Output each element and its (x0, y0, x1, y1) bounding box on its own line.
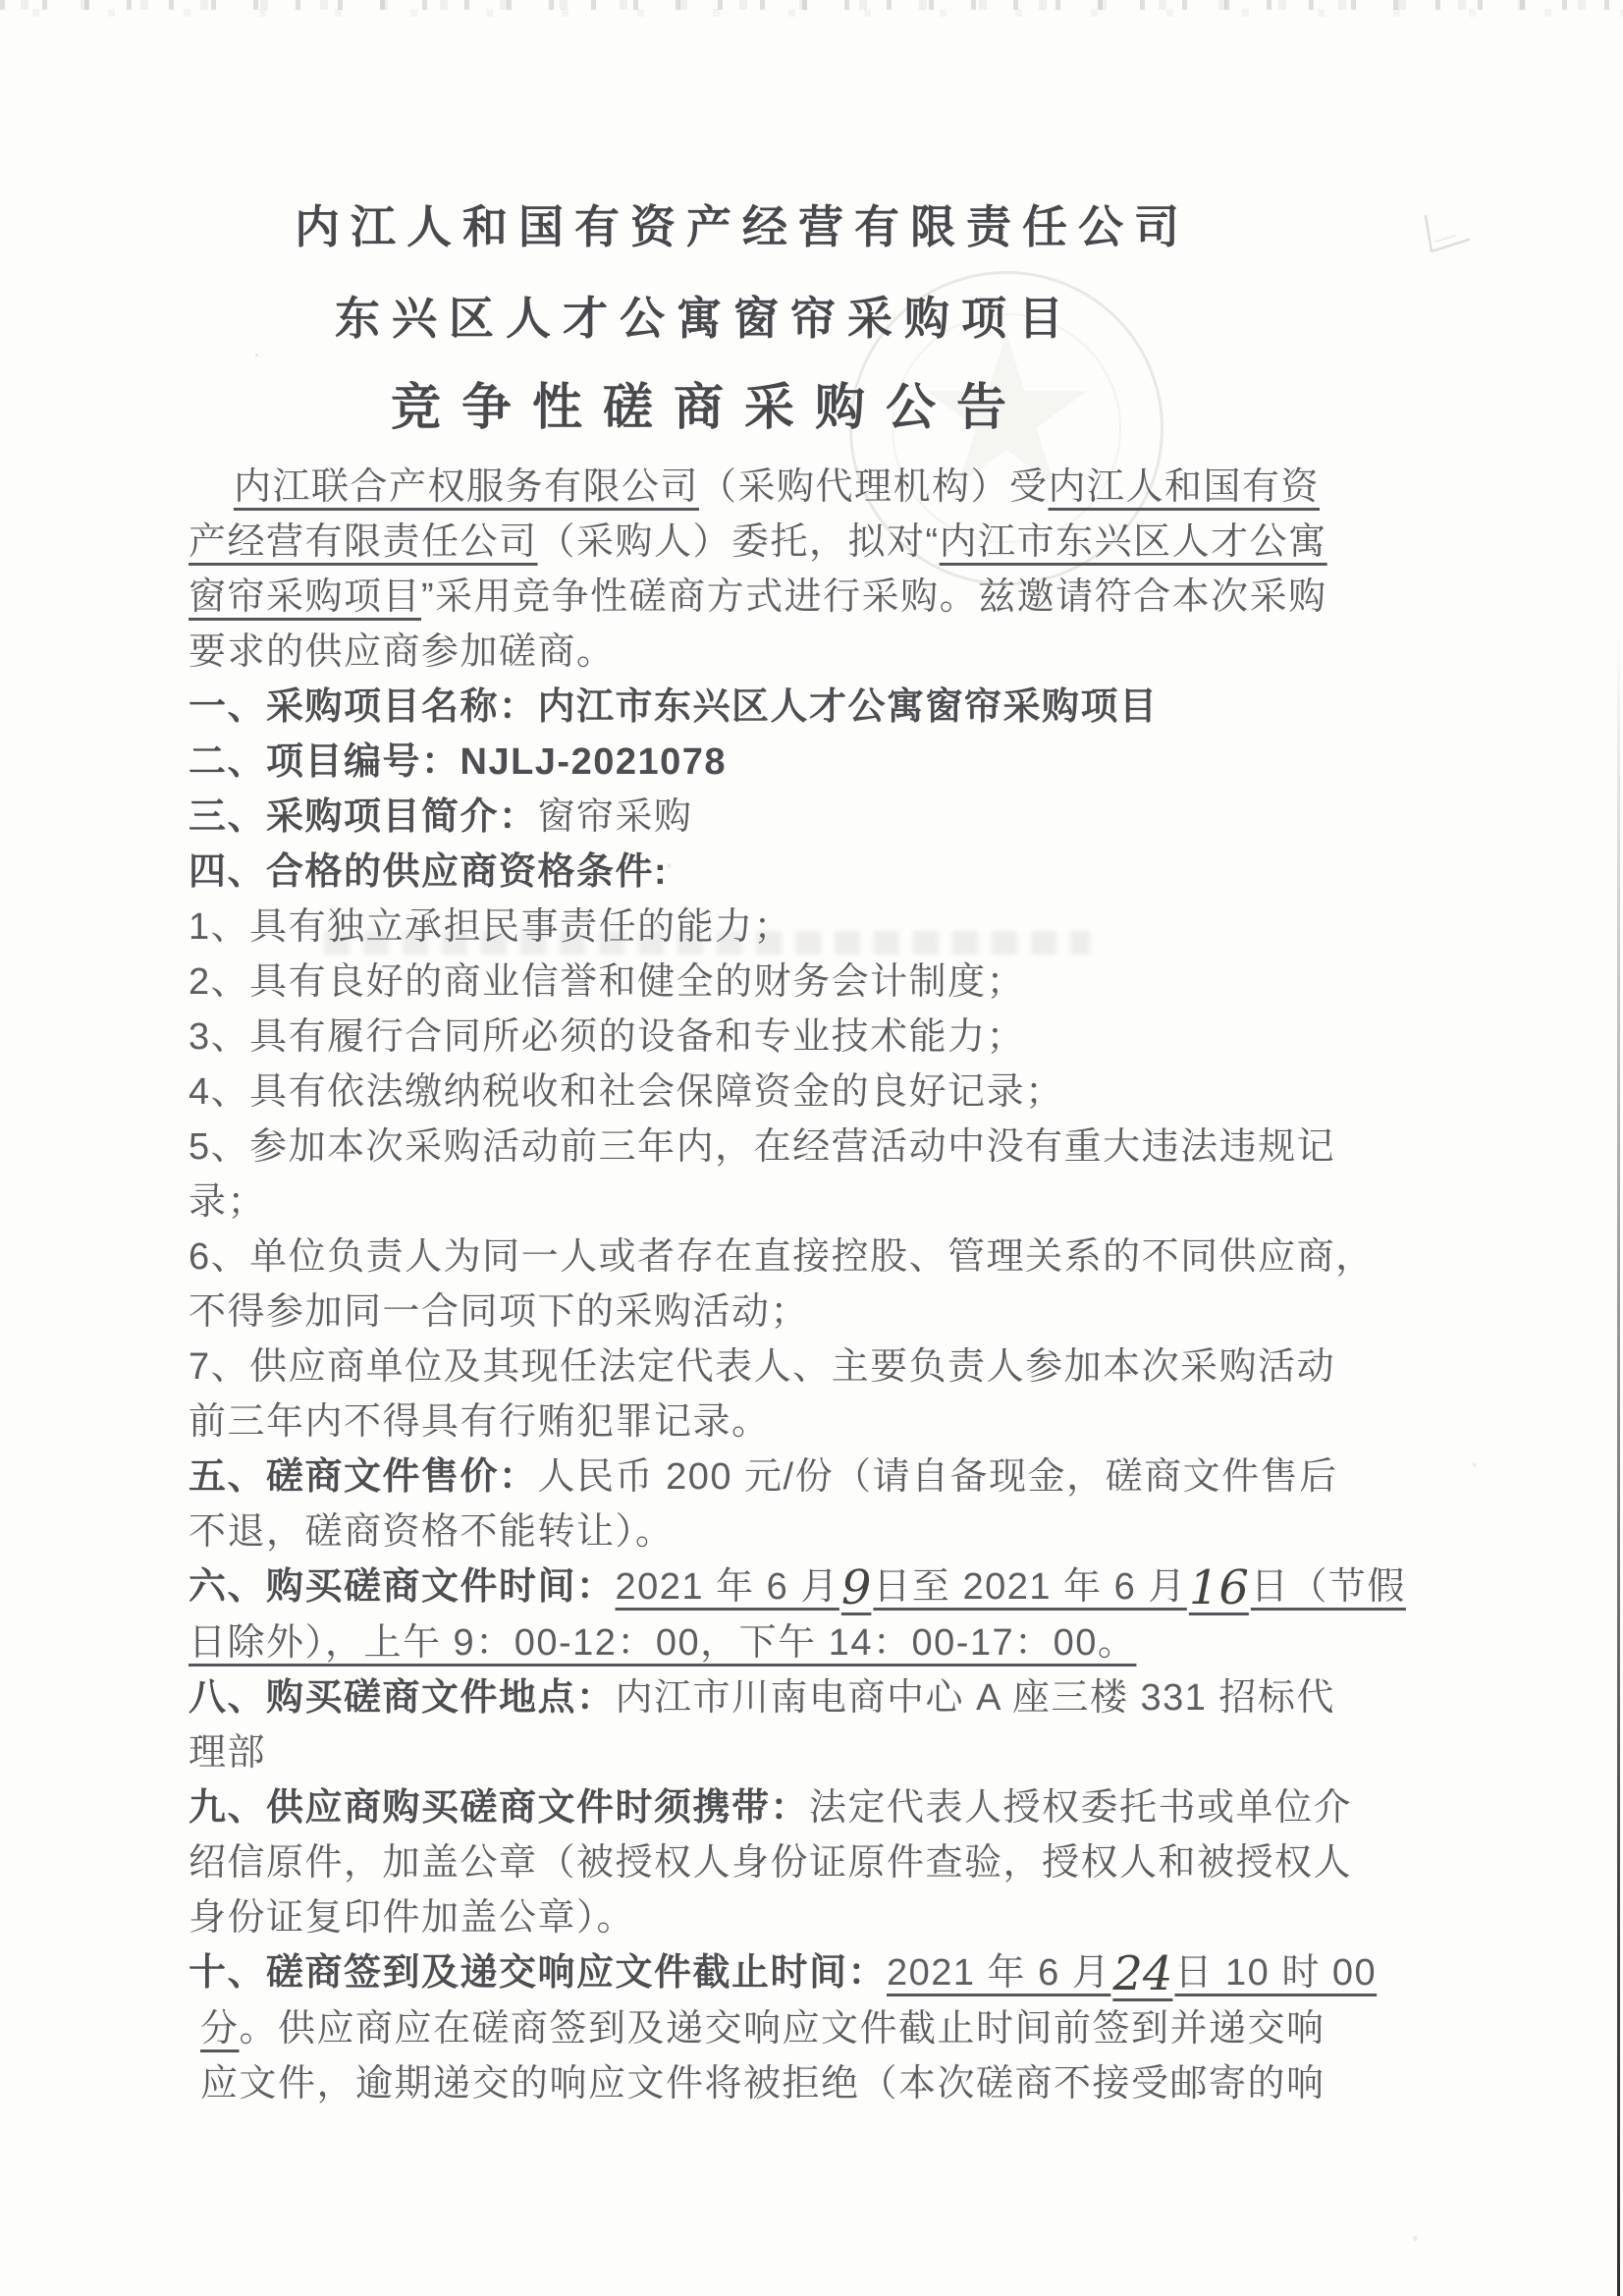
text-segment: 日 10 时 00 (1174, 1952, 1377, 1994)
text-segment: 7、供应商单位及其现任法定代表人、主要负责人参加本次采购活动 (189, 1346, 1335, 1388)
doc-line: 产经营有限责任公司（采购人）委托，拟对“内江市东兴区人才公寓 (189, 515, 1398, 570)
text-segment: 内江市东兴区人才公寓 (940, 521, 1327, 563)
text-segment: 理部 (189, 1732, 266, 1774)
doc-line: 前三年内不得具有行贿犯罪记录。 (189, 1394, 1398, 1449)
text-segment: 2、具有良好的商业信誉和健全的财务会计制度； (189, 961, 1025, 1003)
doc-line: 不退，磋商资格不能转让）。 (189, 1504, 1398, 1559)
doc-line: 1、具有独立承担民事责任的能力； (189, 900, 1398, 955)
heading-segment: 九、供应商购买磋商文件时须携带： (189, 1787, 809, 1829)
text-segment: ”采用竞争性磋商方式进行采购。兹邀请符合本次采购 (421, 576, 1327, 618)
text-segment: 。供应商应在磋商签到及递交响应文件截止时间前签到并递交响 (240, 2008, 1325, 2050)
text-segment: 窗帘采购项目 (189, 576, 421, 618)
text-segment: 5、参加本次采购活动前三年内，在经营活动中没有重大违法违规记 (189, 1126, 1335, 1168)
text-segment: 日除外），上午 9：00-12：00，下午 14：00-17：00。 (189, 1622, 1136, 1664)
scanned-document-page: 内江人和国有资产经营有限责任公司 东兴区人才公寓窗帘采购项目 竞争性磋商采购公告… (0, 0, 1623, 2296)
document-title-line-2: 东兴区人才公寓窗帘采购项目 (100, 287, 1310, 350)
text-segment: 1、具有独立承担民事责任的能力； (189, 906, 792, 948)
heading-segment: 二、项目编号：NJLJ-2021078 (189, 741, 727, 783)
heading-segment: 六、购买磋商文件时间： (189, 1566, 616, 1608)
doc-line: 4、具有依法缴纳税收和社会保障资金的良好记录； (189, 1065, 1398, 1120)
text-segment: 3、具有履行合同所必须的设备和专业技术能力； (189, 1016, 1025, 1058)
text-segment: （采购代理机构）受 (699, 466, 1049, 508)
document-body: 内江联合产权服务有限公司（采购代理机构）受内江人和国有资产经营有限责任公司（采购… (189, 460, 1398, 2111)
heading-segment: 一、采购项目名称：内江市东兴区人才公寓窗帘采购项目 (189, 686, 1159, 728)
text-segment: 绍信原件，加盖公章（被授权人身份证原件查验，授权人和被授权人 (189, 1842, 1352, 1884)
doc-line: 分。供应商应在磋商签到及递交响应文件截止时间前签到并递交响 (189, 2001, 1398, 2056)
text-segment: 要求的供应商参加磋商。 (189, 631, 616, 673)
doc-line: 2、具有良好的商业信誉和健全的财务会计制度； (189, 955, 1398, 1010)
text-segment: 产经营有限责任公司 (189, 521, 538, 563)
text-segment: 日至 2021 年 6 月 (873, 1566, 1186, 1608)
text-segment: 前三年内不得具有行贿犯罪记录。 (189, 1401, 771, 1443)
text-segment: 内江市川南电商中心 A 座三楼 331 招标代 (616, 1677, 1335, 1719)
text-segment: 不退，磋商资格不能转让）。 (189, 1511, 675, 1553)
text-segment: 日（节假 (1251, 1566, 1406, 1608)
doc-line: 二、项目编号：NJLJ-2021078 (189, 735, 1398, 790)
handwritten-date-digit: 9 (839, 1560, 874, 1615)
text-segment: 6、单位负责人为同一人或者存在直接控股、管理关系的不同供应商， (189, 1236, 1375, 1278)
doc-line: 内江联合产权服务有限公司（采购代理机构）受内江人和国有资 (189, 460, 1398, 515)
doc-line: 要求的供应商参加磋商。 (189, 625, 1398, 680)
text-segment: 分 (200, 2008, 240, 2050)
text-segment: 不得参加同一合同项下的采购活动； (189, 1291, 809, 1333)
text-segment: 身份证复印件加盖公章）。 (189, 1897, 635, 1939)
text-segment: 2021 年 6 月 (616, 1566, 839, 1608)
text-segment: 4、具有依法缴纳税收和社会保障资金的良好记录； (189, 1071, 1064, 1113)
doc-line: 五、磋商文件售价：人民币 200 元/份（请自备现金，磋商文件售后 (189, 1449, 1398, 1504)
heading-segment: 五、磋商文件售价： (189, 1456, 538, 1498)
doc-line: 六、购买磋商文件时间：2021 年 6 月9日至 2021 年 6 月16日（节… (189, 1559, 1398, 1615)
text-segment: 2021 年 6 月 (887, 1952, 1110, 1994)
doc-line: 身份证复印件加盖公章）。 (189, 1890, 1398, 1945)
doc-line: 6、单位负责人为同一人或者存在直接控股、管理关系的不同供应商， (189, 1230, 1398, 1285)
scanner-noise-strip-2 (0, 9, 1623, 17)
doc-line: 5、参加本次采购活动前三年内，在经营活动中没有重大违法违规记 (189, 1120, 1398, 1175)
text-segment: （采购人）委托，拟对“ (538, 521, 940, 563)
doc-line: 3、具有履行合同所必须的设备和专业技术能力； (189, 1010, 1398, 1065)
text-segment: 应文件，逾期递交的响应文件将被拒绝（本次磋商不接受邮寄的响 (200, 2063, 1325, 2105)
doc-line: 不得参加同一合同项下的采购活动； (189, 1285, 1398, 1339)
doc-line: 九、供应商购买磋商文件时须携带：法定代表人授权委托书或单位介 (189, 1780, 1398, 1835)
handwritten-date-digit: 24 (1110, 1946, 1174, 2001)
doc-line: 窗帘采购项目”采用竞争性磋商方式进行采购。兹邀请符合本次采购 (189, 570, 1398, 625)
document-title-line-1: 内江人和国有资产经营有限责任公司 (137, 192, 1347, 261)
document-content: 内江人和国有资产经营有限责任公司 东兴区人才公寓窗帘采购项目 竞争性磋商采购公告… (189, 192, 1398, 2111)
heading-segment: 三、采购项目简介： (189, 796, 538, 838)
doc-line: 应文件，逾期递交的响应文件将被拒绝（本次磋商不接受邮寄的响 (189, 2056, 1398, 2111)
doc-line: 7、供应商单位及其现任法定代表人、主要负责人参加本次采购活动 (189, 1339, 1398, 1394)
doc-line: 理部 (189, 1725, 1398, 1780)
handwritten-date-digit: 16 (1187, 1560, 1251, 1615)
doc-line: 一、采购项目名称：内江市东兴区人才公寓窗帘采购项目 (189, 680, 1398, 735)
text-segment: 人民币 200 元/份（请自备现金，磋商文件售后 (538, 1456, 1338, 1498)
doc-line: 绍信原件，加盖公章（被授权人身份证原件查验，授权人和被授权人 (189, 1835, 1398, 1890)
text-segment: 内江人和国有资 (1049, 466, 1321, 508)
heading-segment: 八、购买磋商文件地点： (189, 1677, 616, 1719)
doc-line: 三、采购项目简介：窗帘采购 (189, 790, 1398, 845)
pencil-check-mark-icon (1412, 208, 1490, 271)
doc-line: 十、磋商签到及递交响应文件截止时间：2021 年 6 月24日 10 时 00 (189, 1945, 1398, 2001)
doc-line: 八、购买磋商文件地点：内江市川南电商中心 A 座三楼 331 招标代 (189, 1670, 1398, 1725)
heading-segment: 四、合格的供应商资格条件: (189, 851, 668, 893)
doc-line: 日除外），上午 9：00-12：00，下午 14：00-17：00。 (189, 1615, 1398, 1670)
text-segment: 法定代表人授权委托书或单位介 (809, 1787, 1352, 1829)
doc-line: 四、合格的供应商资格条件: (189, 845, 1398, 900)
scan-edge-shadow-line (1617, 629, 1620, 2296)
document-title-line-3: 竞争性磋商采购公告 (104, 371, 1314, 444)
text-segment: 内江联合产权服务有限公司 (234, 466, 699, 508)
text-segment: 窗帘采购 (538, 796, 693, 838)
doc-line: 录； (189, 1175, 1398, 1230)
text-segment: 录； (189, 1181, 266, 1223)
heading-segment: 十、磋商签到及递交响应文件截止时间： (189, 1952, 887, 1994)
